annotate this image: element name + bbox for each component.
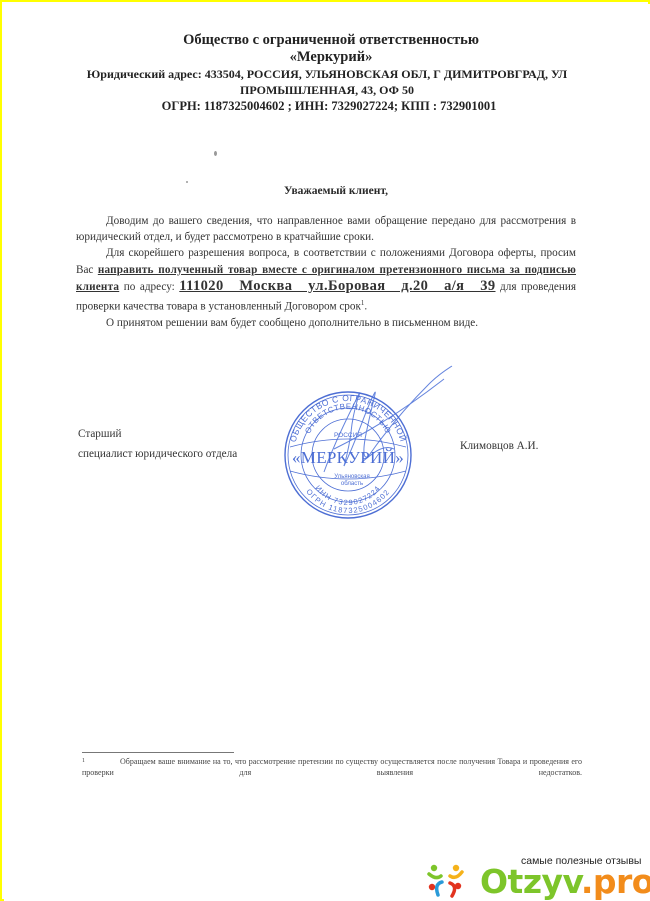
footnote-separator: [82, 752, 234, 753]
handwritten-signature-icon: [304, 354, 454, 474]
registration-numbers: ОГРН: 1187325004602 ; ИНН: 7329027224; К…: [8, 98, 650, 114]
paragraph-return-instructions: Для скорейшего разрешения вопроса, в соо…: [76, 245, 576, 315]
image-frame: Общество с ограниченной ответственностью…: [0, 0, 650, 901]
signatory-title-line-1: Старший: [78, 424, 237, 444]
watermark-brand: Otzyv.pro: [480, 862, 650, 901]
return-address: 111020 Москва ул.Боровая д.20 а/я 39: [179, 278, 495, 294]
instructions-mid: по адресу:: [119, 281, 179, 293]
org-name: «Меркурий»: [12, 49, 650, 66]
brand-main: Otzyv: [480, 862, 581, 901]
letterhead: Общество с ограниченной ответственностью…: [4, 32, 650, 114]
instructions-end: .: [364, 301, 367, 313]
svg-text:Ульяновская: Ульяновская: [334, 474, 369, 480]
signatory-title: Старший специалист юридического отдела: [78, 424, 237, 464]
signatory-name: Климовцов А.И.: [460, 440, 538, 452]
paragraph-forwarded-notice: Доводим до вашего сведения, что направле…: [76, 213, 576, 245]
otzyv-watermark: самые полезные отзывы Otzyv.pro: [424, 852, 650, 901]
signatory-title-line-2: специалист юридического отдела: [78, 444, 237, 464]
svg-text:область: область: [341, 481, 363, 487]
org-type: Общество с ограниченной ответственностью: [12, 32, 650, 49]
scan-speck: [186, 181, 188, 183]
brand-suffix: .pro: [581, 862, 650, 901]
footnote-marker: 1: [82, 756, 120, 767]
paragraph-decision-notice: О принятом решении вам будет сообщено до…: [76, 315, 576, 331]
legal-address-line-1: Юридический адрес: 433504, РОССИЯ, УЛЬЯН…: [4, 66, 650, 82]
footnote: 1Обращаем ваше внимание на то, что рассм…: [82, 756, 582, 778]
legal-address-line-2: ПРОМЫШЛЕННАЯ, 43, ОФ 50: [4, 82, 650, 98]
letter-body: Доводим до вашего сведения, что направле…: [76, 213, 576, 331]
greeting: Уважаемый клиент,: [22, 185, 650, 197]
footnote-text: Обращаем ваше внимание на то, что рассмо…: [82, 757, 582, 777]
scanned-letter-page: Общество с ограниченной ответственностью…: [4, 4, 650, 901]
otzyv-logo-icon: [426, 862, 466, 900]
scan-speck: [214, 151, 217, 156]
